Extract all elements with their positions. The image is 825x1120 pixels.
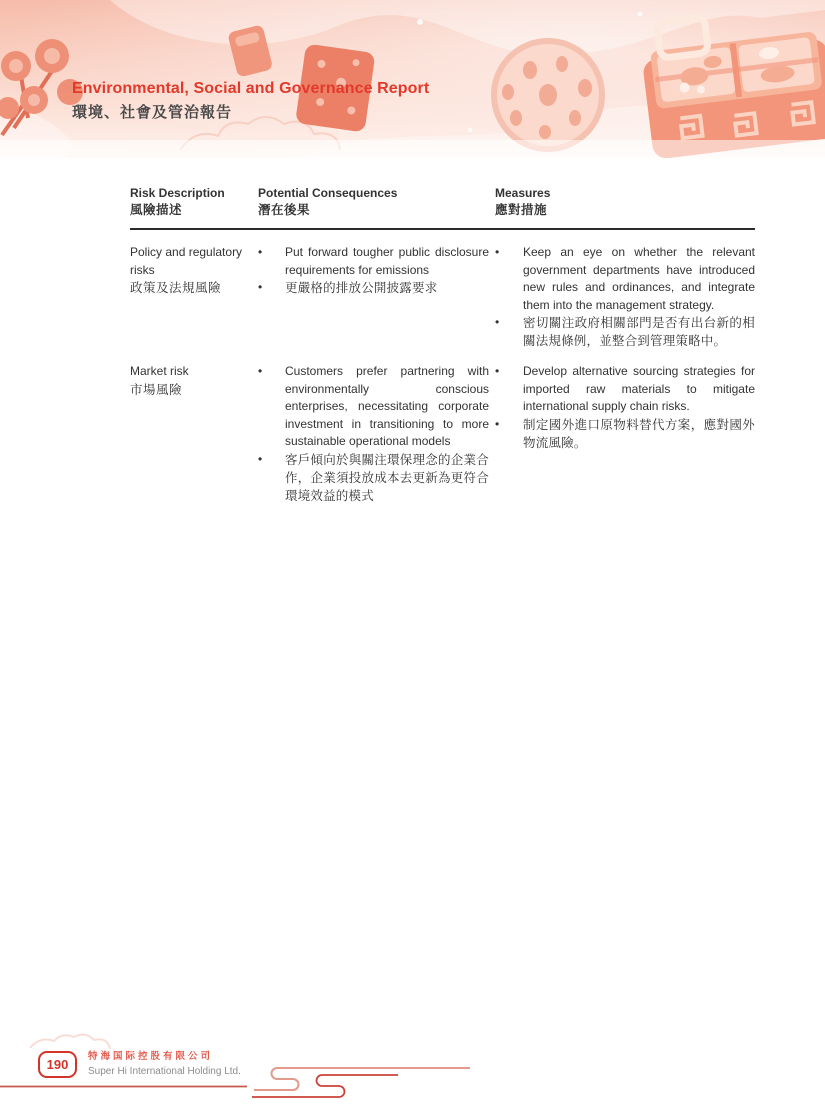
- col-header-measures: Measures 應對措施: [495, 186, 755, 230]
- risk-name-en: Market risk: [130, 363, 258, 381]
- report-title-zh: 環境、社會及管治報告: [72, 103, 429, 122]
- cloud-outline: [30, 1035, 110, 1049]
- table-row-2-measures: Develop alternative sourcing strategies …: [495, 350, 755, 505]
- measure-text-en: Keep an eye on whether the relevant gove…: [523, 244, 755, 314]
- list-item: Put forward tougher public disclosure re…: [258, 244, 489, 279]
- col-header-zh: 潛在後果: [258, 202, 495, 219]
- consequence-text-zh: 客戶傾向於與關注環保理念的企業合作，企業須投放成本去更新為更符合環境效益的模式: [285, 451, 489, 505]
- list-item: 制定國外進口原物料替代方案，應對國外物流風險。: [495, 416, 755, 452]
- col-header-zh: 應對措施: [495, 202, 755, 219]
- measure-text-zh: 制定國外進口原物料替代方案，應對國外物流風險。: [523, 416, 755, 452]
- consequence-text-zh: 更嚴格的排放公開披露要求: [285, 279, 489, 297]
- risk-name-en: Policy and regulatory risks: [130, 244, 258, 279]
- company-block: 特海国际控股有限公司 Super Hi International Holdin…: [88, 1051, 241, 1078]
- report-title-en: Environmental, Social and Governance Rep…: [72, 79, 429, 98]
- page-number-badge: 190: [38, 1051, 77, 1078]
- page-header: Environmental, Social and Governance Rep…: [0, 0, 825, 158]
- esg-report-page: Environmental, Social and Governance Rep…: [0, 0, 825, 1120]
- measure-text-en: Develop alternative sourcing strategies …: [523, 363, 755, 416]
- col-header-en: Potential Consequences: [258, 186, 495, 201]
- report-titles: Environmental, Social and Governance Rep…: [72, 79, 429, 122]
- company-name-en: Super Hi International Holding Ltd.: [88, 1065, 241, 1078]
- col-header-zh: 風險描述: [130, 202, 258, 219]
- table-row-1-measures: Keep an eye on whether the relevant gove…: [495, 230, 755, 350]
- list-item: Customers prefer partnering with environ…: [258, 363, 489, 451]
- col-header-risk-description: Risk Description 風險描述: [130, 186, 258, 230]
- consequence-text-en: Put forward tougher public disclosure re…: [285, 244, 489, 279]
- list-item: 客戶傾向於與關注環保理念的企業合作，企業須投放成本去更新為更符合環境效益的模式: [258, 451, 489, 505]
- page-number: 190: [47, 1057, 69, 1072]
- col-header-potential-consequences: Potential Consequences 潛在後果: [258, 186, 495, 230]
- sparkle-dot: [468, 128, 473, 133]
- list-item: Develop alternative sourcing strategies …: [495, 363, 755, 416]
- list-item: Keep an eye on whether the relevant gove…: [495, 244, 755, 314]
- company-name-zh: 特海国际控股有限公司: [88, 1051, 241, 1063]
- measure-text-zh: 密切關注政府相關部門是否有出台新的相關法規條例，並整合到管理策略中。: [523, 314, 755, 350]
- table-row-1-risk-description: Policy and regulatory risks 政策及法規風險: [130, 230, 258, 350]
- lotus-root-slice-icon: [494, 41, 602, 149]
- table-row-2-risk-description: Market risk 市場風險: [130, 350, 258, 505]
- risk-name-zh: 政策及法規風險: [130, 279, 258, 297]
- band-fade: [0, 140, 825, 158]
- sparkle-dot: [638, 12, 643, 17]
- list-item: 更嚴格的排放公開披露要求: [258, 279, 489, 297]
- table-row-2-consequences: Customers prefer partnering with environ…: [258, 350, 495, 505]
- table-row-1-consequences: Put forward tougher public disclosure re…: [258, 230, 495, 350]
- consequence-text-en: Customers prefer partnering with environ…: [285, 363, 489, 451]
- sparkle-dot: [417, 19, 423, 25]
- col-header-en: Risk Description: [130, 186, 258, 201]
- cloud-line-light: [254, 1068, 470, 1090]
- list-item: 密切關注政府相關部門是否有出台新的相關法規條例，並整合到管理策略中。: [495, 314, 755, 350]
- risk-name-zh: 市場風險: [130, 381, 258, 399]
- col-header-en: Measures: [495, 186, 755, 201]
- risk-table: Risk Description 風險描述 Potential Conseque…: [130, 186, 755, 505]
